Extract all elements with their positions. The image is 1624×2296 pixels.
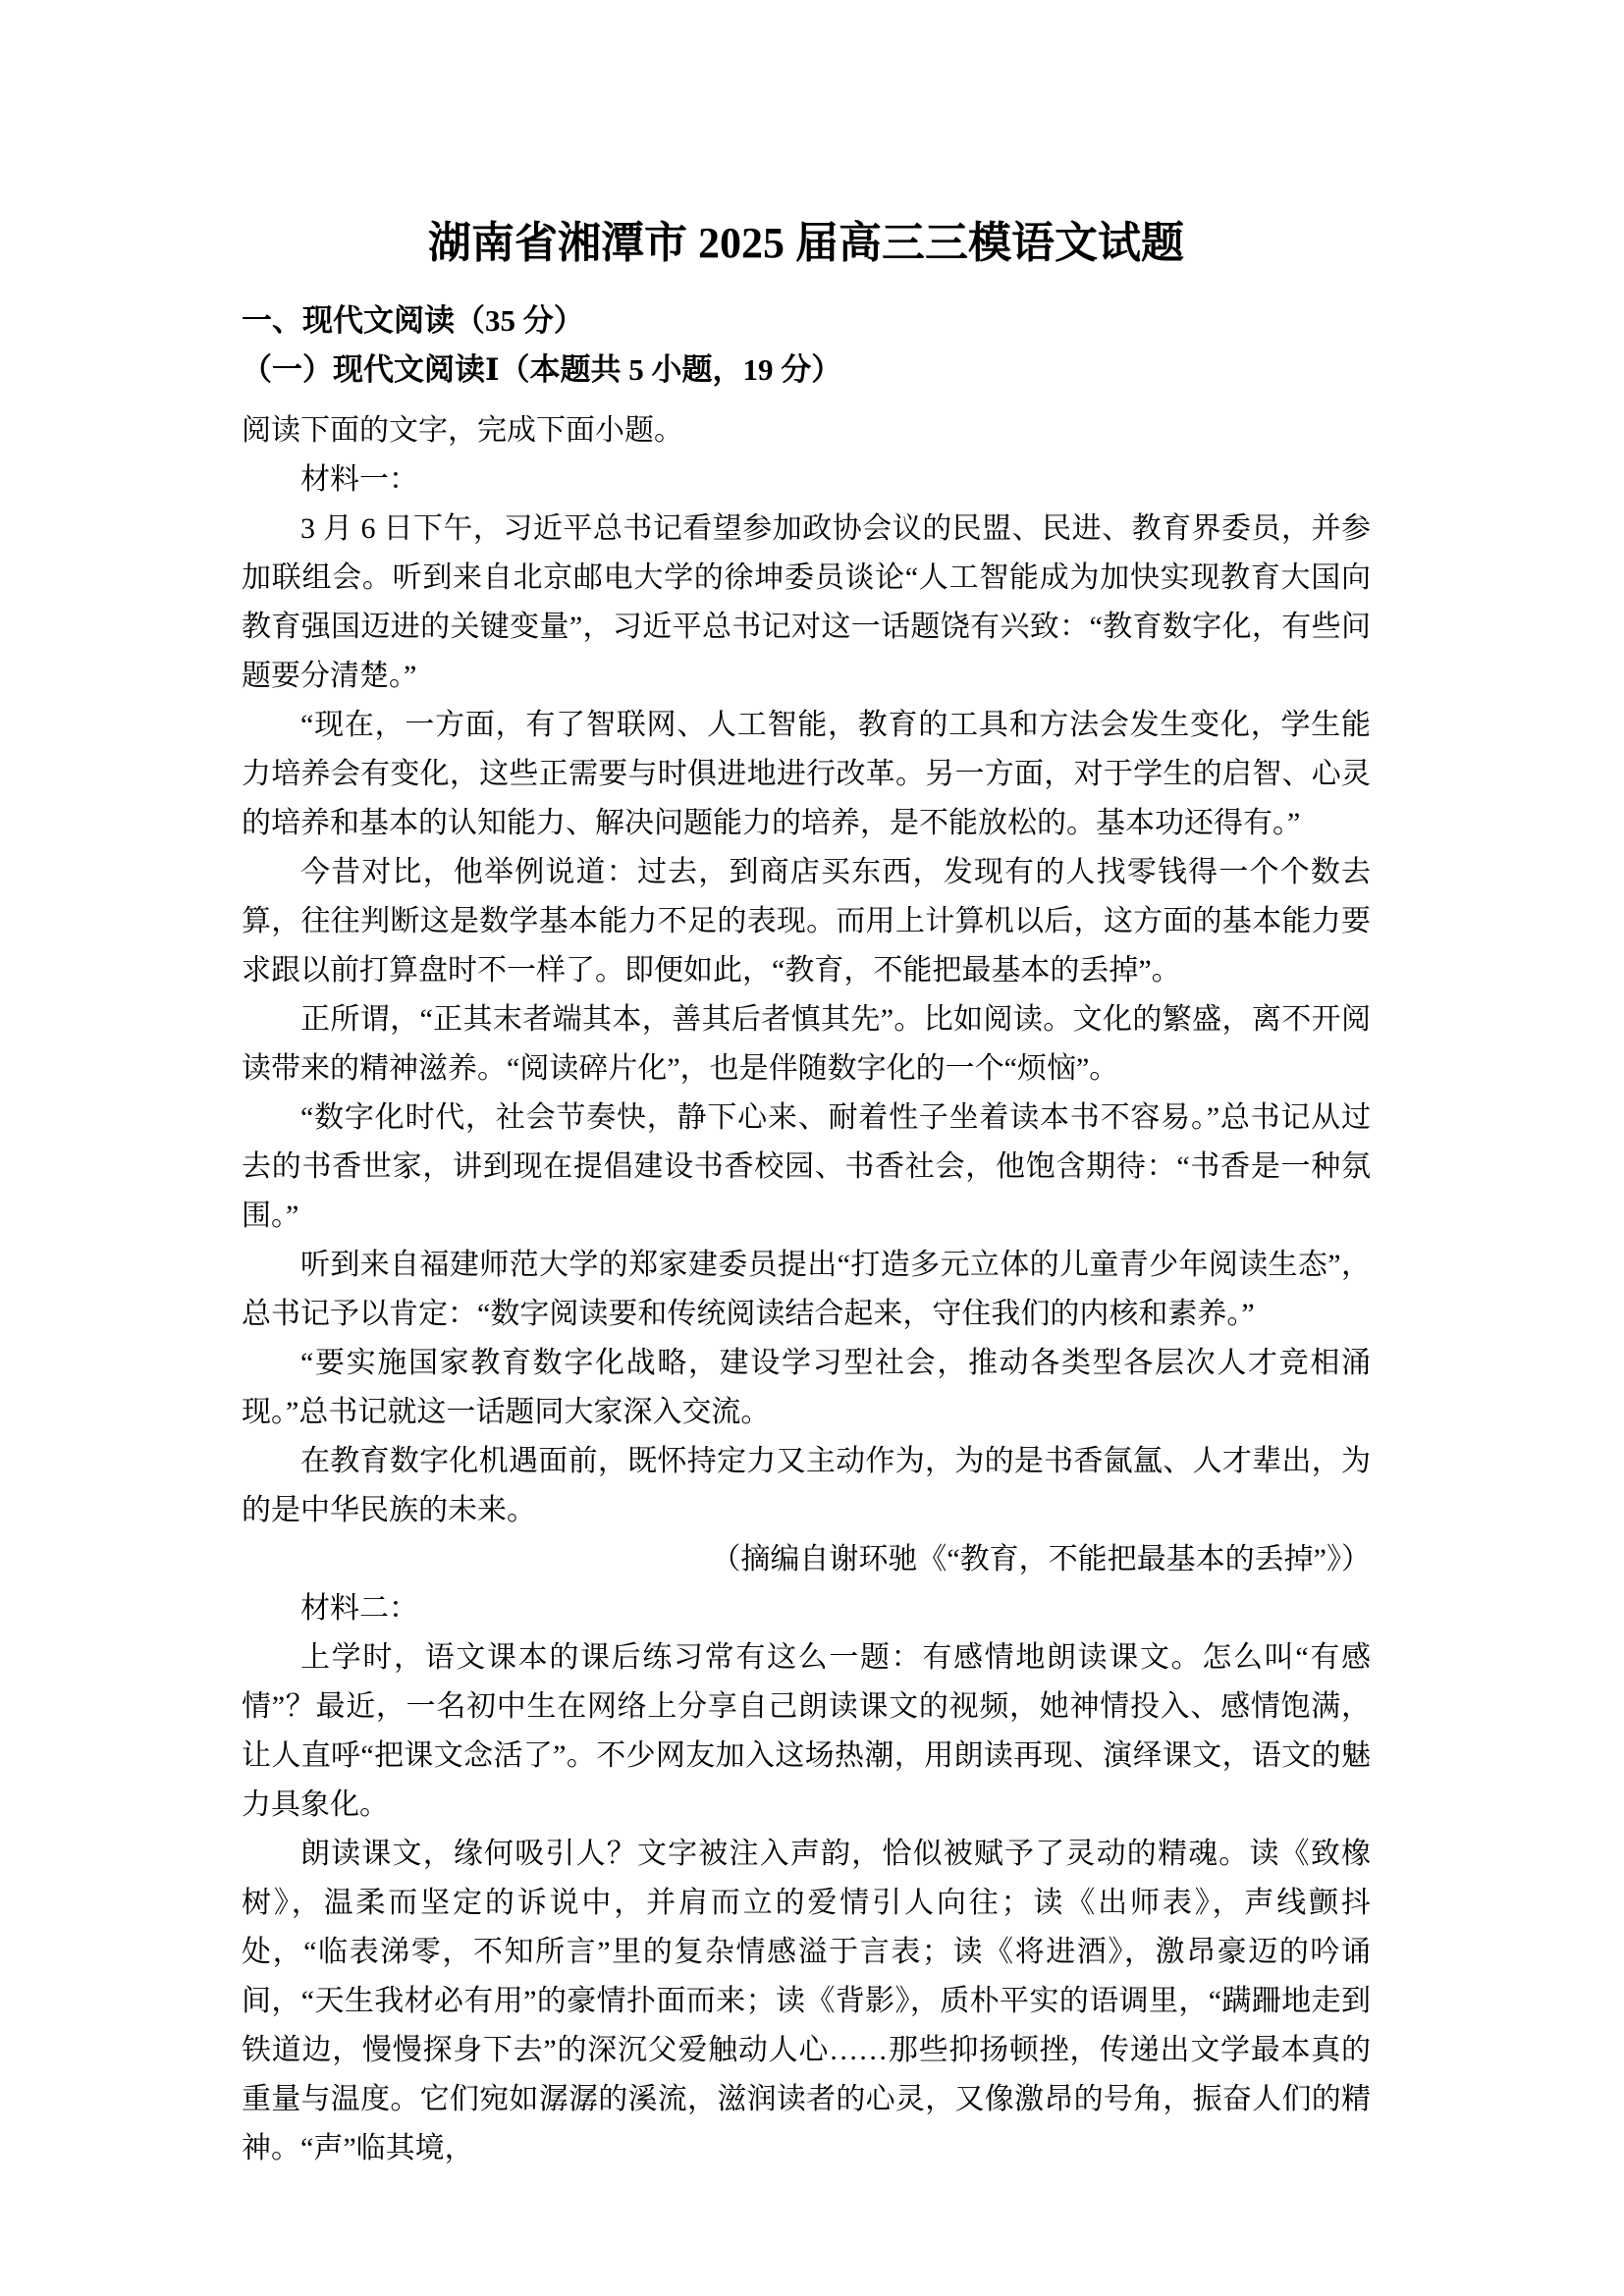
- intro-instruction: 阅读下面的文字，完成下面小题。: [242, 406, 1371, 455]
- material-1-paragraph: “要实施国家教育数字化战略，建设学习型社会，推动各类型各层次人才竞相涌现。”总书…: [242, 1339, 1371, 1437]
- material-2-paragraph: 上学时，语文课本的课后练习常有这么一题：有感情地朗读课文。怎么叫“有感情”？最近…: [242, 1633, 1371, 1830]
- material-1-paragraph: 正所谓，“正其末者端其本，善其后者慎其先”。比如阅读。文化的繁盛，离不开阅读带来…: [242, 995, 1371, 1094]
- material-1-paragraph: 3 月 6 日下午，习近平总书记看望参加政协会议的民盟、民进、教育界委员，并参加…: [242, 505, 1371, 701]
- material-1-paragraph: 今昔对比，他举例说道：过去，到商店买东西，发现有的人找零钱得一个个数去算，往往判…: [242, 848, 1371, 995]
- material-1-label: 材料一：: [242, 455, 1371, 505]
- exam-paper-page: 湖南省湘潭市 2025 届高三三模语文试题 一、现代文阅读（35 分） （一）现…: [0, 0, 1624, 2296]
- material-1-paragraph: 听到来自福建师范大学的郑家建委员提出“打造多元立体的儿童青少年阅读生态”，总书记…: [242, 1241, 1371, 1339]
- material-1-paragraph: 在教育数字化机遇面前，既怀持定力又主动作为，为的是书香氤氲、人才辈出，为的是中华…: [242, 1437, 1371, 1535]
- subsection-heading-reading-1: （一）现代文阅读Ⅰ（本题共 5 小题，19 分）: [242, 346, 1371, 395]
- section-heading-modern-text-reading: 一、现代文阅读（35 分）: [242, 296, 1371, 346]
- material-1-attribution: （摘编自谢环驰《“教育，不能把最基本的丢掉”》）: [242, 1535, 1371, 1584]
- material-1-paragraph: “数字化时代，社会节奏快，静下心来、耐着性子坐着读本书不容易。”总书记从过去的书…: [242, 1094, 1371, 1241]
- material-2-label: 材料二：: [242, 1584, 1371, 1633]
- material-1-paragraph: “现在，一方面，有了智联网、人工智能，教育的工具和方法会发生变化，学生能力培养会…: [242, 701, 1371, 848]
- material-2-paragraph: 朗读课文，缘何吸引人？文字被注入声韵，恰似被赋予了灵动的精魂。读《致橡树》，温柔…: [242, 1830, 1371, 2173]
- document-title: 湖南省湘潭市 2025 届高三三模语文试题: [242, 214, 1371, 273]
